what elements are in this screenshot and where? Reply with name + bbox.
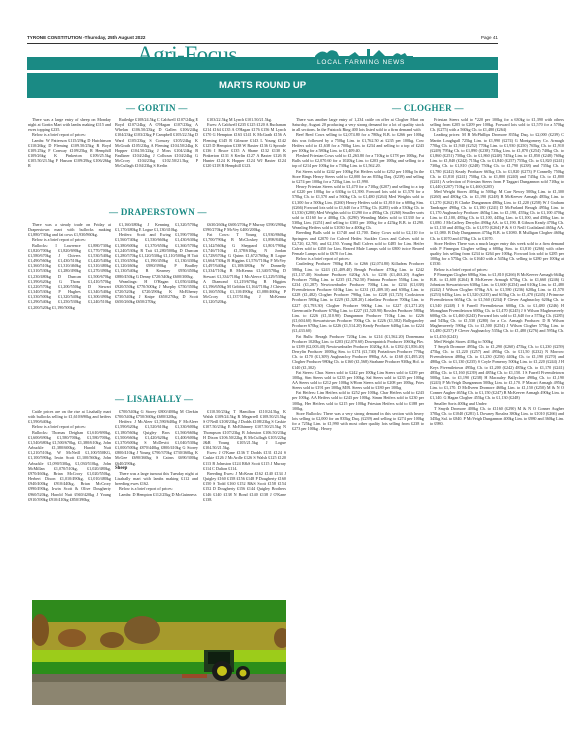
paragraph: There was a steady trade on Friday at Dr…: [28, 222, 111, 237]
draperstown-col-2: £1,160/480kg J Kenning £1,320/570kg £1,1…: [115, 222, 198, 392]
lisahally-col-1: Cattle prices are on the rise at Lisahal…: [28, 409, 111, 595]
paragraph: Bullocks: Thomas Deighan £1,610/690kg, £…: [28, 430, 111, 502]
tagline: LOCAL FARMING NEWS: [317, 59, 405, 66]
draperstown-col-3: £630/260kg £600/270kg P Murray £590/290k…: [203, 222, 286, 392]
paragraph: Fat Cows: T Young £1,930/860kg £1,700/79…: [203, 232, 286, 304]
paragraph: £1,160/480kg J Kenning £1,320/570kg £1,1…: [115, 222, 198, 232]
paragraph: Leading prices: M B McPhillips Dromore 8…: [430, 132, 564, 189]
agri-focus-logo: Agri-Focus: [137, 42, 237, 68]
page-header: TYRONE CONSTITUTION -Thursday, 25th Augu…: [27, 34, 498, 44]
paragraph: Lambs: W Patterson £115/29kg D Hutchinso…: [28, 138, 111, 169]
paragraph: Ewes: A Caldwell £235 £125 £120 A Buchan…: [203, 122, 286, 168]
paragraph: Friesian Steers sold to *220 per 100kg f…: [430, 117, 564, 132]
section-heading-clogher: — CLOGHER —: [392, 103, 464, 113]
page-number: Page 41: [481, 35, 498, 40]
clogher-col-2: Friesian Steers sold to *220 per 100kg f…: [430, 117, 564, 522]
paragraph: Heifers: J McAleer £1,590/640kg F McAlee…: [115, 419, 198, 465]
lisahally-col-2: £700/340kg G Storey £800/400kg M Clerkin…: [115, 409, 198, 595]
paragraph: Store Bullocks: There was a very strong …: [292, 411, 424, 432]
paragraph: T Smyth Dromore 495kg Ch. to £1,290 (£26…: [430, 344, 564, 401]
paragraph: P Finnegan Clogher 680kg Sim. to £1,810 …: [430, 272, 564, 339]
paragraph: There was another large entry of 1,234 c…: [292, 117, 424, 132]
draperstown-col-1: There was a steady trade on Friday at Dr…: [28, 222, 111, 392]
paragraph: Castlederg Producer 780kg B.B. to £266 (…: [292, 261, 424, 333]
paragraph: T Smyth Dromore 400kg Ch. to £1160 (£290…: [430, 406, 564, 427]
paragraph: Store Heifers There was a much larger en…: [430, 241, 564, 267]
paragraph: Rutledge £108/24.5kg C Caldwell £107/24k…: [115, 117, 198, 169]
paragraph: Breeding Ewes: J McKean £162 £140 £134 J…: [203, 471, 286, 502]
farm-silhouette-icon: [315, 47, 413, 59]
paragraph: Heavy Friesian Steers sold to £1,470 for…: [292, 184, 424, 230]
paragraph: Ewes: J O'Kane £136 T Dodds £131 £124 S …: [203, 450, 286, 471]
section-heading-lisahally: — LISAHALLY —: [115, 394, 193, 404]
paragraph: Cattle prices are on the rise at Lisahal…: [28, 409, 111, 424]
paragraph: Breeding Bulls sold to £1740 and £1,700.…: [292, 230, 424, 256]
paragraph: Bullocks: I Lawrence £1,880/730kg £1,820…: [28, 243, 111, 310]
paragraph: Fat Heifers: Lim Heifers sold to £252 pe…: [292, 390, 424, 411]
paragraph: Lambs: D Hempton £112/25kg D McGuinness: [115, 492, 198, 497]
paragraph: There was a large turnout this Tuesday n…: [115, 471, 198, 486]
paragraph: Med Weight Stores 405kg to 500kg: M Carr…: [430, 189, 564, 241]
tractor-photo: [32, 600, 286, 705]
gortin-col-3: £103/22.5kg M Lynch £101.50/21.5kg. Ewes…: [203, 117, 286, 205]
publication-date: TYRONE CONSTITUTION -Thursday, 25th Augu…: [27, 35, 145, 40]
tractor-field-image: [32, 600, 286, 705]
paragraph: £700/340kg G Storey £800/400kg M Clerkin…: [115, 409, 198, 419]
paragraph: There was a large entry of sheep on Mond…: [28, 117, 111, 132]
lisahally-col-3: £110.50/23kg T Hamilton £110/24.5kg K Wa…: [203, 409, 286, 595]
section-heading-gortin: — GORTIN —: [126, 103, 188, 113]
paragraph: Fat Steers sold to £242 per 100kg Fat He…: [292, 169, 424, 184]
paragraph: Heifers: Scott and Ewing £1,590/700kg £1…: [115, 232, 198, 278]
paragraph: £630/260kg £600/270kg P Murray £590/290k…: [203, 222, 286, 232]
section-heading-draperstown: — DRAPERSTOWN —: [109, 207, 207, 217]
clogher-col-1: There was another large entry of 1,234 c…: [292, 117, 424, 522]
paragraph: £110.50/23kg T Hamilton £110/24.5kg K Wa…: [203, 409, 286, 450]
masthead: Agri-Focus LOCAL FARMING NEWS: [27, 45, 498, 71]
gortin-col-2: Rutledge £108/24.5kg C Caldwell £107/24k…: [115, 117, 198, 205]
paragraph: Fat Steers: Char. Steers sold to £242 pe…: [292, 370, 424, 391]
gortin-col-1: There was a large entry of sheep on Mond…: [28, 117, 111, 205]
paragraph: Beef Bred Cows selling to £2,074.80 for …: [292, 132, 424, 153]
paragraph: Fat Bulls: Beragh Producer 720kg Lim. to…: [292, 334, 424, 370]
paragraph: Weanlings: H O'Hagan £1,050/440kg £920/3…: [115, 279, 198, 305]
paragraph: Fleshed Friesian Cows sold to £1,263.80 …: [292, 153, 424, 168]
page-title-banner: MARTS ROUND UP: [27, 73, 498, 98]
masthead-band: [27, 57, 498, 70]
